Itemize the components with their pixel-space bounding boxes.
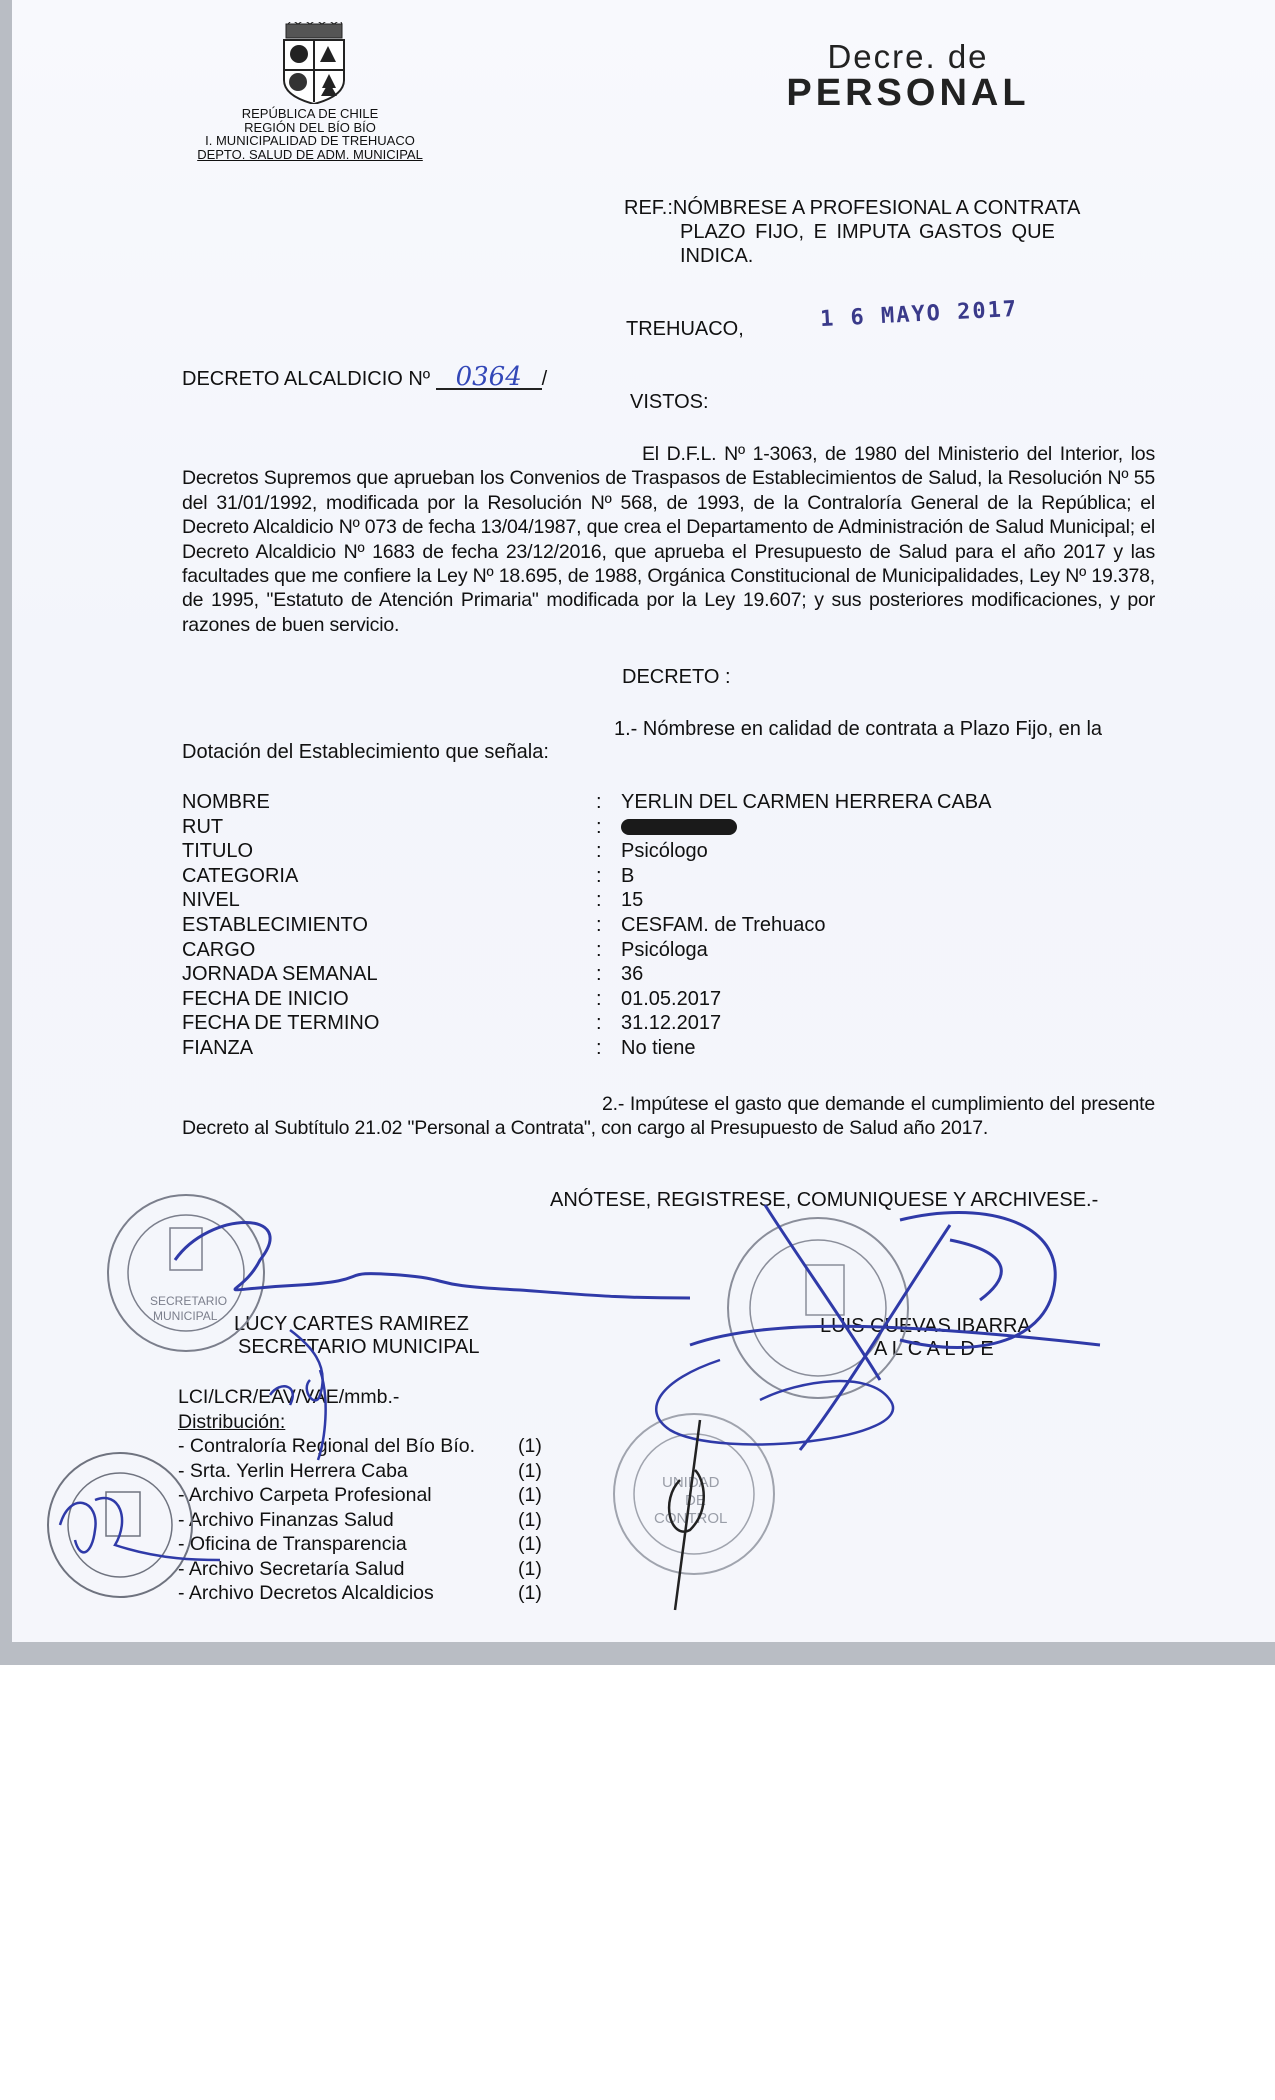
decree-number-suffix: / bbox=[542, 368, 548, 390]
field-separator: : bbox=[596, 790, 602, 815]
item-1-first-line: 1.- Nómbrese en calidad de contrata a Pl… bbox=[614, 718, 1102, 741]
field-separator: : bbox=[596, 1036, 602, 1061]
distribution-count: (1) bbox=[518, 1508, 542, 1533]
distribution-heading: Distribución: bbox=[178, 1410, 558, 1435]
field-value: 36 bbox=[621, 962, 643, 987]
field-label: FECHA DE INICIO bbox=[182, 987, 349, 1012]
distribution-count: (1) bbox=[518, 1434, 542, 1459]
field-value: 15 bbox=[621, 888, 643, 913]
field-row: FIANZA:No tiene bbox=[182, 1036, 1082, 1061]
distribution-item: - Archivo Carpeta Profesional(1) bbox=[178, 1483, 558, 1508]
field-row: CATEGORIA:B bbox=[182, 864, 1082, 889]
field-row: FECHA DE INICIO:01.05.2017 bbox=[182, 987, 1082, 1012]
distribution-item: - Srta. Yerlin Herrera Caba(1) bbox=[178, 1459, 558, 1484]
field-row: NOMBRE:YERLIN DEL CARMEN HERRERA CABA bbox=[182, 790, 1082, 815]
field-separator: : bbox=[596, 839, 602, 864]
field-value: 31.12.2017 bbox=[621, 1011, 721, 1036]
header-line: REPÚBLICA DE CHILE bbox=[180, 107, 440, 121]
vistos-text: El D.F.L. Nº 1-3063, de 1980 del Ministe… bbox=[182, 442, 1155, 637]
distribution-recipient: - Archivo Finanzas Salud bbox=[178, 1509, 394, 1531]
mayor-name: LUIS CUEVAS IBARRA bbox=[820, 1315, 1031, 1338]
city-label: TREHUACO, bbox=[626, 318, 744, 341]
field-label: ESTABLECIMIENTO bbox=[182, 913, 368, 938]
closing-formula: ANÓTESE, REGISTRESE, COMUNIQUESE Y ARCHI… bbox=[550, 1189, 1098, 1212]
field-row: CARGO:Psicóloga bbox=[182, 938, 1082, 963]
vistos-paragraph: El D.F.L. Nº 1-3063, de 1980 del Ministe… bbox=[182, 442, 1155, 637]
item-1-second-line: Dotación del Establecimiento que señala: bbox=[182, 741, 549, 764]
distribution-item: - Archivo Decretos Alcaldicios(1) bbox=[178, 1581, 558, 1606]
distribution-recipient: - Oficina de Transparencia bbox=[178, 1533, 407, 1555]
header-line: DEPTO. SALUD DE ADM. MUNICIPAL bbox=[180, 148, 440, 162]
field-label: NOMBRE bbox=[182, 790, 270, 815]
field-separator: : bbox=[596, 815, 602, 840]
decreto-heading: DECRETO : bbox=[622, 666, 731, 689]
field-label: CARGO bbox=[182, 938, 255, 963]
field-separator: : bbox=[596, 987, 602, 1012]
field-label: NIVEL bbox=[182, 888, 240, 913]
secretary-title: SECRETARIO MUNICIPAL bbox=[238, 1336, 480, 1359]
field-row: TITULO:Psicólogo bbox=[182, 839, 1082, 864]
field-row: RUT: bbox=[182, 815, 1082, 840]
field-value: B bbox=[621, 864, 634, 889]
field-separator: : bbox=[596, 913, 602, 938]
distribution-recipient: - Archivo Decretos Alcaldicios bbox=[178, 1582, 434, 1604]
initials: LCI/LCR/EAV/VAE/mmb.- bbox=[178, 1385, 558, 1410]
distribution-count: (1) bbox=[518, 1483, 542, 1508]
distribution-count: (1) bbox=[518, 1459, 542, 1484]
field-separator: : bbox=[596, 1011, 602, 1036]
field-label: FIANZA bbox=[182, 1036, 253, 1061]
coat-of-arms-icon bbox=[276, 22, 352, 104]
decree-number: 0364 bbox=[436, 366, 542, 390]
distribution-item: - Archivo Finanzas Salud(1) bbox=[178, 1508, 558, 1533]
distribution-list: - Contraloría Regional del Bío Bío.(1)- … bbox=[178, 1434, 558, 1606]
field-row: ESTABLECIMIENTO:CESFAM. de Trehuaco bbox=[182, 913, 1082, 938]
field-label: TITULO bbox=[182, 839, 253, 864]
field-label: RUT bbox=[182, 815, 223, 840]
item-2-text: 2.- Impútese el gasto que demande el cum… bbox=[182, 1092, 1155, 1141]
distribution-count: (1) bbox=[518, 1557, 542, 1582]
header-line: I. MUNICIPALIDAD DE TREHUACO bbox=[180, 134, 440, 148]
distribution-item: - Oficina de Transparencia(1) bbox=[178, 1532, 558, 1557]
distribution-count: (1) bbox=[518, 1532, 542, 1557]
field-value: Psicóloga bbox=[621, 938, 708, 963]
ref-line: REF.:NÓMBRESE A PROFESIONAL A CONTRATA bbox=[624, 196, 1080, 220]
ref-line: PLAZO FIJO, E IMPUTA GASTOS QUE bbox=[624, 220, 1080, 244]
mayor-title: A L C A L D E bbox=[874, 1338, 994, 1361]
distribution-recipient: - Archivo Carpeta Profesional bbox=[178, 1484, 432, 1506]
field-separator: : bbox=[596, 962, 602, 987]
decree-number-line: DECRETO ALCALDICIO Nº 0364/ bbox=[182, 366, 547, 391]
field-label: CATEGORIA bbox=[182, 864, 298, 889]
field-value: CESFAM. de Trehuaco bbox=[621, 913, 826, 938]
field-row: NIVEL:15 bbox=[182, 888, 1082, 913]
field-row: FECHA DE TERMINO:31.12.2017 bbox=[182, 1011, 1082, 1036]
stamp-line-2: PERSONAL bbox=[768, 72, 1048, 115]
distribution-item: - Contraloría Regional del Bío Bío.(1) bbox=[178, 1434, 558, 1459]
stamp-line-1: Decre. de bbox=[768, 38, 1048, 76]
header-line: REGIÓN DEL BÍO BÍO bbox=[180, 121, 440, 135]
field-value: 01.05.2017 bbox=[621, 987, 721, 1012]
personal-stamp: Decre. de PERSONAL bbox=[768, 38, 1048, 115]
reference-block: REF.:NÓMBRESE A PROFESIONAL A CONTRATA P… bbox=[624, 196, 1080, 268]
institution-header: REPÚBLICA DE CHILE REGIÓN DEL BÍO BÍO I.… bbox=[180, 107, 440, 161]
field-value: Psicólogo bbox=[621, 839, 708, 864]
vistos-heading: VISTOS: bbox=[630, 391, 709, 414]
ref-line: INDICA. bbox=[624, 244, 1080, 268]
item-2-paragraph: 2.- Impútese el gasto que demande el cum… bbox=[182, 1092, 1155, 1141]
distribution-recipient: - Srta. Yerlin Herrera Caba bbox=[178, 1460, 408, 1482]
distribution-item: - Archivo Secretaría Salud(1) bbox=[178, 1557, 558, 1582]
distribution-block: LCI/LCR/EAV/VAE/mmb.- Distribución: - Co… bbox=[178, 1385, 558, 1606]
field-separator: : bbox=[596, 888, 602, 913]
distribution-recipient: - Contraloría Regional del Bío Bío. bbox=[178, 1435, 475, 1457]
decree-number-label: DECRETO ALCALDICIO Nº bbox=[182, 368, 430, 390]
distribution-count: (1) bbox=[518, 1581, 542, 1606]
secretary-name: LUCY CARTES RAMIREZ bbox=[234, 1313, 469, 1336]
field-value: No tiene bbox=[621, 1036, 696, 1061]
field-row: JORNADA SEMANAL:36 bbox=[182, 962, 1082, 987]
appointment-fields: NOMBRE:YERLIN DEL CARMEN HERRERA CABARUT… bbox=[182, 790, 1082, 1061]
field-separator: : bbox=[596, 864, 602, 889]
field-value: YERLIN DEL CARMEN HERRERA CABA bbox=[621, 790, 991, 815]
distribution-recipient: - Archivo Secretaría Salud bbox=[178, 1558, 405, 1580]
redacted-value bbox=[621, 815, 737, 840]
field-label: FECHA DE TERMINO bbox=[182, 1011, 379, 1036]
field-separator: : bbox=[596, 938, 602, 963]
field-label: JORNADA SEMANAL bbox=[182, 962, 378, 987]
